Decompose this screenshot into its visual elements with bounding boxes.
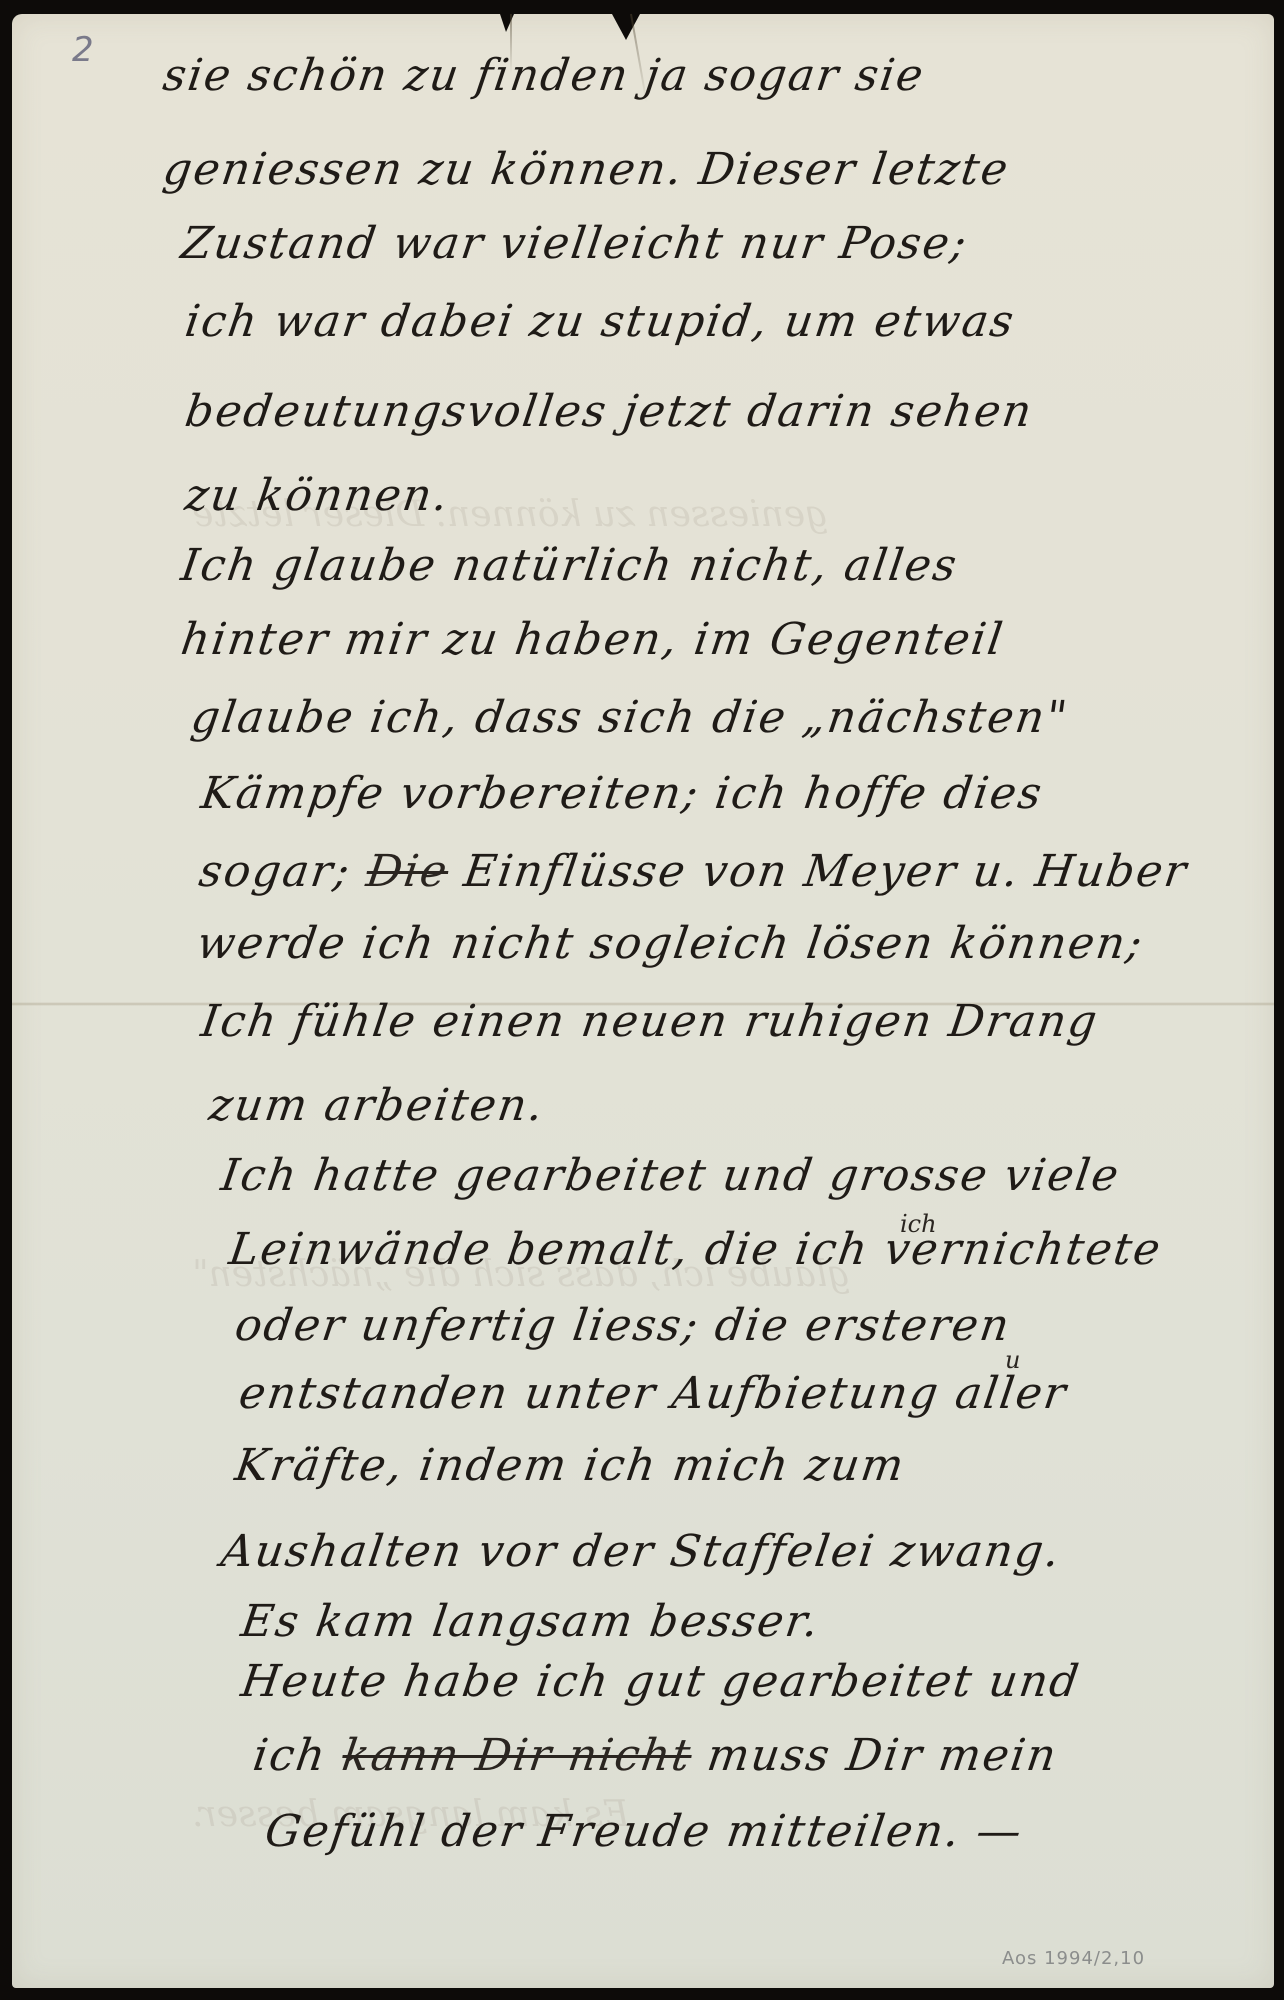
- letter-line: Ich hatte gearbeitet und grosse viele: [218, 1150, 1123, 1201]
- letter-line: bedeutungsvolles jetzt darin sehen: [182, 386, 1036, 437]
- line-text: sogar;: [196, 846, 370, 897]
- letter-line: Heute habe ich gut gearbeitet und: [238, 1656, 1084, 1707]
- letter-body: sie schön zu finden ja sogar sie geniess…: [0, 0, 1284, 2000]
- letter-line: oder unfertig liess; die ersteren: [232, 1300, 1014, 1351]
- letter-line: Aushalten vor der Staffelei zwang.: [218, 1526, 1065, 1577]
- letter-line: Ich glaube natürlich nicht, alles: [178, 540, 961, 591]
- letter-line: Ich fühle einen neuen ruhigen Drang: [198, 996, 1102, 1047]
- letter-line: Kämpfe vorbereiten; ich hoffe dies: [198, 768, 1046, 819]
- struck-through-word: Die: [363, 846, 452, 897]
- struck-through-words: kann Dir nicht: [339, 1730, 695, 1781]
- letter-line: Gefühl der Freude mitteilen. —: [262, 1806, 1026, 1857]
- letter-line: ich war dabei zu stupid, um etwas: [182, 296, 1019, 347]
- letter-line: entstanden unter Aufbietung aller: [236, 1368, 1071, 1419]
- letter-line: werde ich nicht sogleich lösen können;: [194, 918, 1147, 969]
- letter-line: Es kam langsam besser.: [238, 1596, 823, 1647]
- letter-line: glaube ich, dass sich die „nächsten": [188, 692, 1072, 743]
- letter-line: hinter mir zu haben, im Gegenteil: [178, 614, 1007, 665]
- letter-line: zum arbeiten.: [206, 1080, 548, 1131]
- letter-line: sogar; Die Einflüsse von Meyer u. Huber: [196, 846, 1191, 897]
- line-text: muss Dir mein: [688, 1730, 1061, 1781]
- letter-line: geniessen zu können. Dieser letzte: [160, 144, 1013, 195]
- letter-line: ich kann Dir nicht muss Dir mein: [250, 1730, 1061, 1781]
- line-text: ich: [250, 1730, 346, 1781]
- scan-background: geniessen zu können. Dieser letzte glaub…: [0, 0, 1284, 2000]
- line-text: Einflüsse von Meyer u. Huber: [445, 846, 1192, 897]
- letter-line: sie schön zu finden ja sogar sie: [160, 50, 928, 101]
- archive-reference: Aos 1994/2,10: [1002, 1948, 1145, 1969]
- letter-line: Leinwände bemalt, die ich vernichtete: [226, 1224, 1165, 1275]
- letter-line: Kräfte, indem ich mich zum: [232, 1440, 909, 1491]
- letter-line: Zustand war vielleicht nur Pose;: [178, 218, 971, 269]
- letter-line: zu können.: [182, 470, 453, 521]
